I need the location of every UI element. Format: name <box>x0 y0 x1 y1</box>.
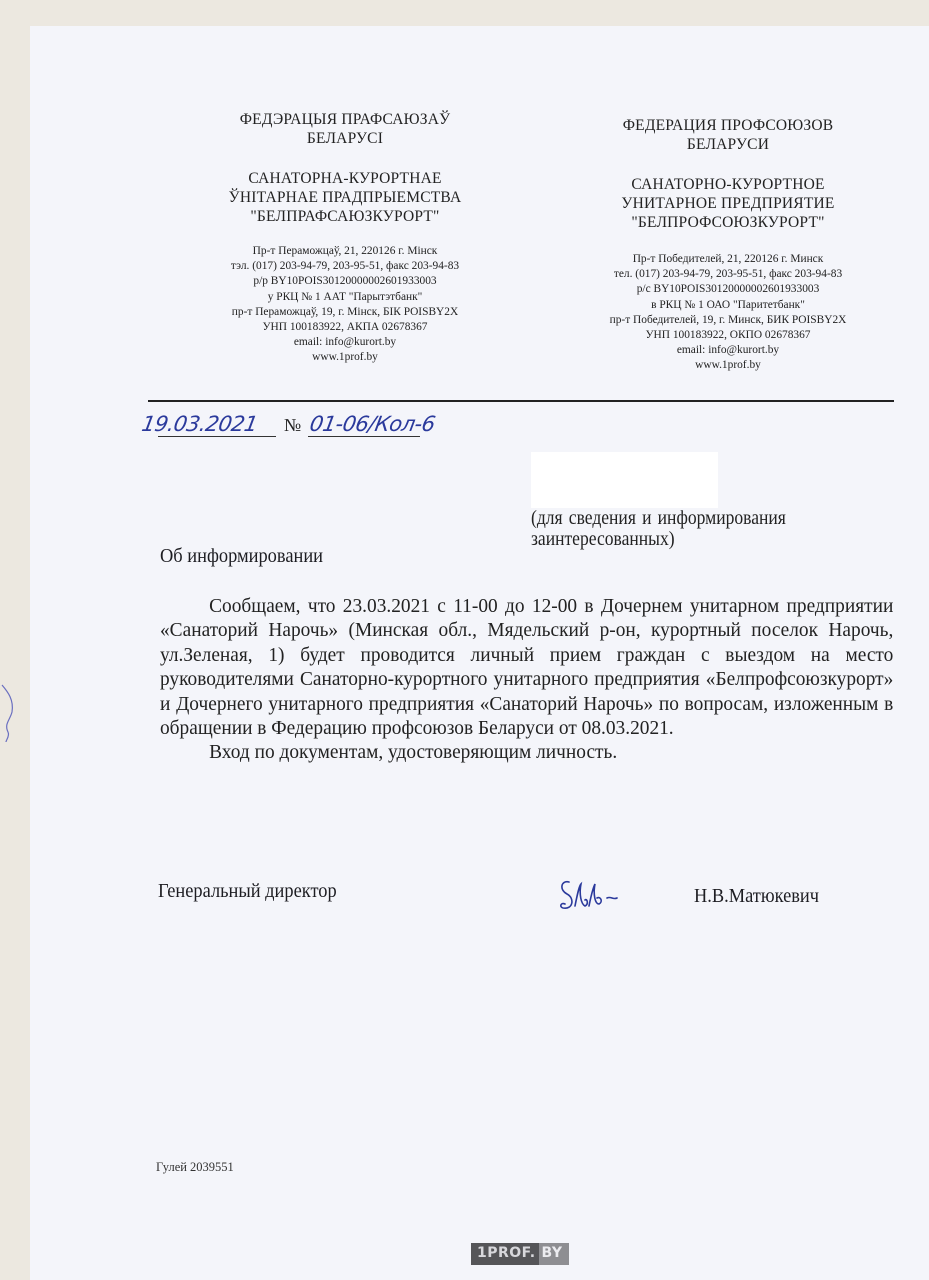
number-sign: № <box>284 415 301 436</box>
contact-details-ru: Пр-т Победителей, 21, 220126 г. Минск те… <box>543 252 913 374</box>
watermark-logo: 1PROF. BY <box>471 1243 569 1265</box>
letterhead-divider <box>148 400 894 402</box>
website-link-ru: www.1prof.by <box>543 358 913 373</box>
organization-name-by: САНАТОРНА-КУРОРТНАЕ ЎНІТАРНАЕ ПРАДПРЫЕМС… <box>180 169 510 226</box>
website-link-by: www.1prof.by <box>180 350 510 365</box>
email-link-ru: email: info@kurort.by <box>543 343 913 358</box>
federation-title-ru: ФЕДЕРАЦИЯ ПРОФСОЮЗОВ БЕЛАРУСИ <box>543 116 913 154</box>
body-paragraph: Сообщаем, что 23.03.2021 с 11-00 до 12-0… <box>160 594 893 740</box>
watermark-left: 1PROF. <box>471 1243 539 1265</box>
federation-title-by: ФЕДЭРАЦЫЯ ПРАФСАЮЗАЎ БЕЛАРУСІ <box>180 110 510 148</box>
letter-subject: Об информировании <box>160 545 323 568</box>
contact-details-by: Пр-т Пераможцаў, 21, 220126 г. Мінск тэл… <box>180 244 510 366</box>
executor-contact: Гулей 2039551 <box>156 1160 234 1175</box>
letterhead-left: ФЕДЭРАЦЫЯ ПРАФСАЮЗАЎ БЕЛАРУСІ САНАТОРНА-… <box>180 110 510 366</box>
redacted-addressee <box>531 452 718 508</box>
body-paragraph: Вход по документам, удостоверяющим лично… <box>160 740 893 764</box>
watermark-right: BY <box>539 1243 569 1265</box>
pen-mark-icon <box>0 680 20 750</box>
number-underline <box>308 436 420 437</box>
letterhead-right: ФЕДЕРАЦИЯ ПРОФСОЮЗОВ БЕЛАРУСИ САНАТОРНО-… <box>543 116 913 374</box>
signatory-name: Н.В.Матюкевич <box>694 885 819 908</box>
date-underline <box>158 436 276 437</box>
handwritten-signature-icon <box>555 876 625 916</box>
signatory-role: Генеральный директор <box>158 880 337 903</box>
addressee-note: (для сведения и информирования заинтерес… <box>531 508 860 550</box>
letter-body: Сообщаем, что 23.03.2021 с 11-00 до 12-0… <box>160 594 893 765</box>
email-link-by: email: info@kurort.by <box>180 335 510 350</box>
organization-name-ru: САНАТОРНО-КУРОРТНОЕ УНИТАРНОЕ ПРЕДПРИЯТИ… <box>543 175 913 232</box>
registration-date: 19.03.2021 <box>140 412 259 436</box>
registration-number: 01-06/Кол-6 <box>308 412 437 436</box>
